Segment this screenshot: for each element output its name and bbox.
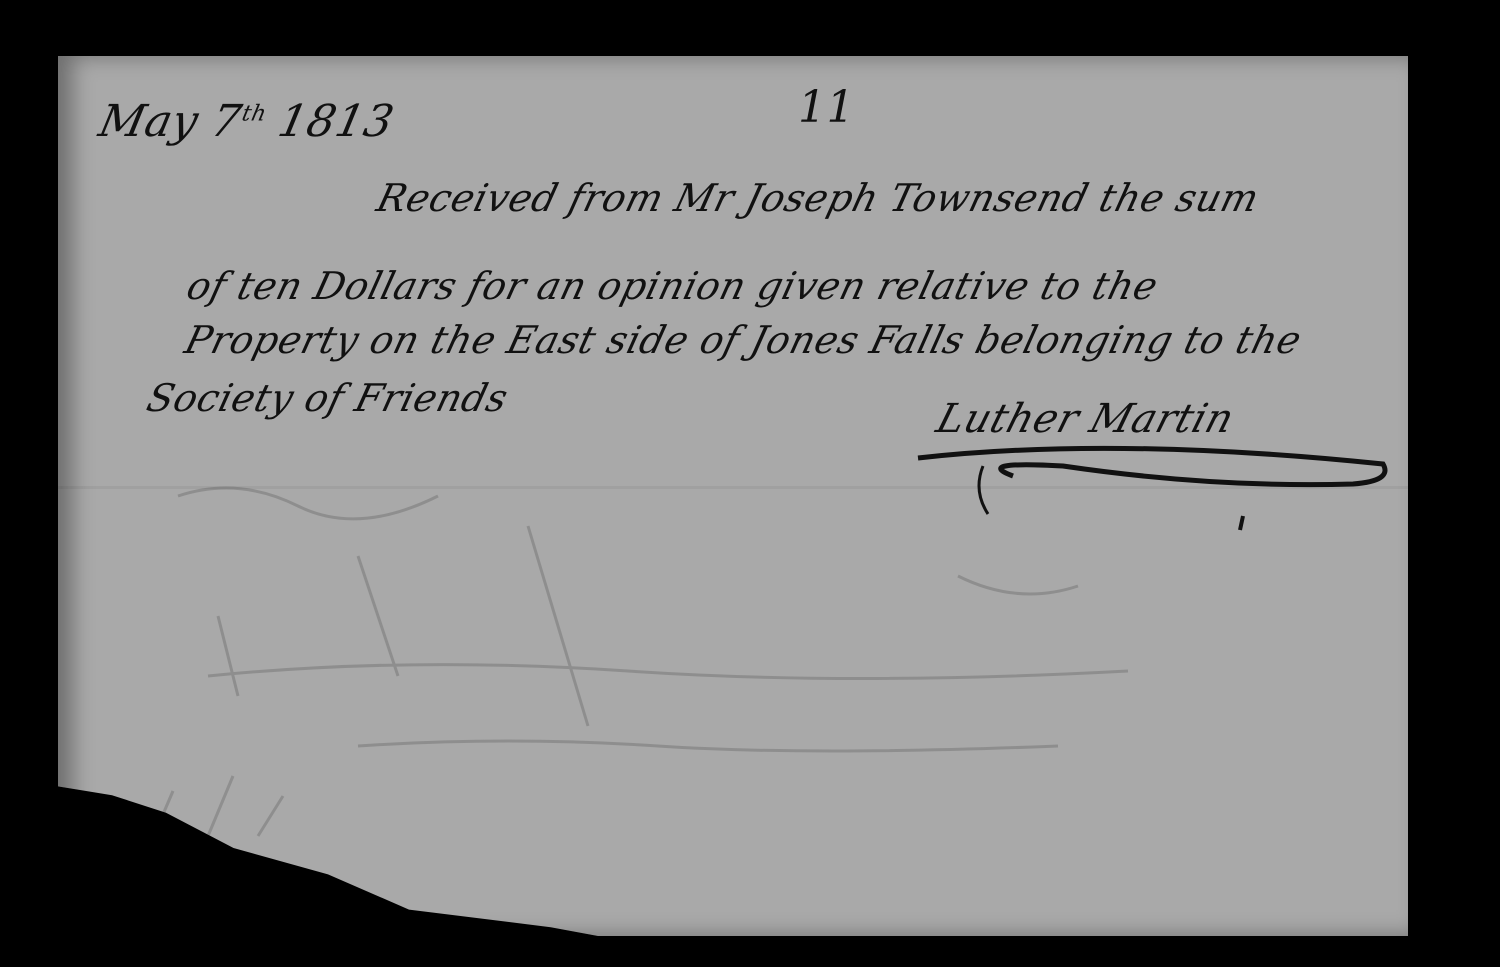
receipt-paper: May 7th 1813 11 Received from Mr Joseph … <box>58 56 1408 936</box>
signature-flourish-icon <box>913 436 1393 546</box>
page-number: 11 <box>798 82 855 133</box>
body-line-3: Property on the East side of Jones Falls… <box>181 318 1307 362</box>
body-line-1: Received from Mr Joseph Townsend the sum <box>373 176 1264 220</box>
receipt-date: May 7th 1813 <box>95 96 399 147</box>
body-line-4: Society of Friends <box>143 376 513 420</box>
body-line-2: of ten Dollars for an opinion given rela… <box>183 264 1163 308</box>
